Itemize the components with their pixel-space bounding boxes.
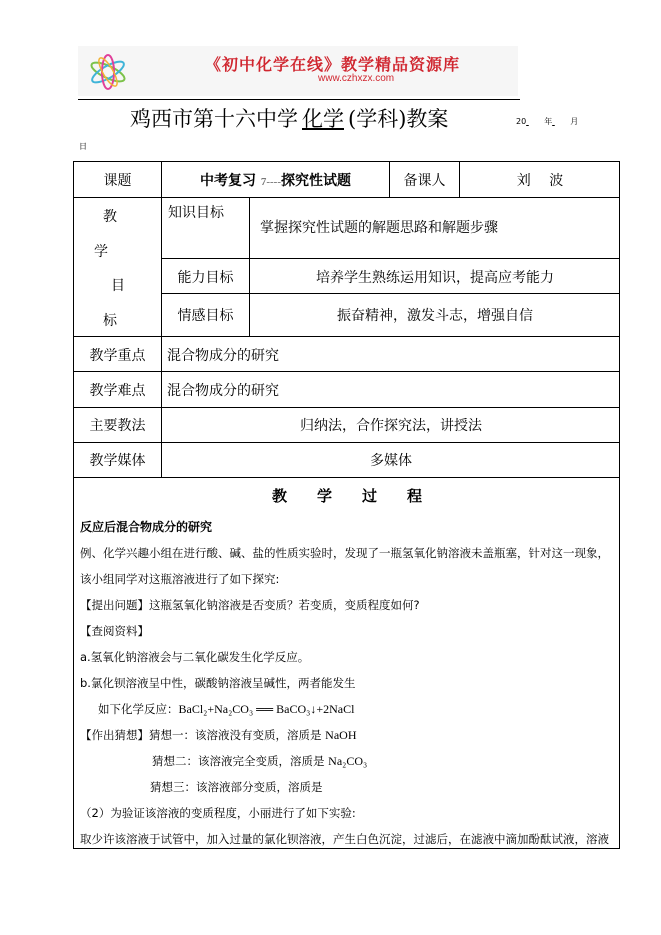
process-line: 【查阅资料】 (80, 623, 149, 639)
topic-prefix: 中考复习 (200, 173, 261, 189)
methods-label: 主要教法 (74, 415, 161, 435)
guess-formula: Na₂CO₃ (328, 754, 367, 768)
row-divider (161, 258, 249, 259)
topic-value: 中考复习 7----探究性试题 (162, 170, 389, 190)
process-line: b.氯化钡溶液呈中性，碳酸钠溶液呈碱性，两者能发生 (80, 675, 355, 691)
difficulty-value: 混合物成分的研究 (167, 380, 279, 400)
process-line: a.氢氧化钠溶液会与二氧化碳发生化学反应。 (80, 649, 309, 665)
page-title: 鸡西市第十六中学化学(学科)教案 (130, 103, 448, 133)
topic-label: 课题 (74, 170, 161, 190)
guess-text: 猜想二：该溶液完全变质，溶质是 (152, 754, 328, 768)
preparer-label: 备课人 (390, 170, 459, 190)
methods-value: 归纳法，合作探究法，讲授法 (162, 415, 620, 435)
preparer-name: 刘 波 (460, 170, 620, 190)
row-divider (249, 258, 620, 259)
objectives-label-char: 教 (103, 206, 117, 226)
guess-formula: NaOH (325, 728, 356, 742)
subject-suffix: (学科)教案 (348, 107, 448, 131)
year-blank (526, 117, 544, 126)
objectives-label-char: 目 (111, 275, 125, 295)
atom-logo-icon (84, 52, 132, 92)
guess-line: 猜想三：该溶液部分变质，溶质是 (150, 779, 323, 795)
topic-name: 探究性试题 (281, 173, 351, 189)
process-line: 该小组同学对这瓶溶液进行了如下探究: (80, 571, 279, 587)
banner-title: 《初中化学在线》教学精品资源库 (205, 52, 460, 75)
objectives-label-char: 标 (103, 310, 117, 330)
process-line: 例、化学兴趣小组在进行酸、碱、盐的性质实验时，发现了一瓶氢氧化钠溶液未盖瓶塞，针… (80, 545, 609, 561)
year-label: 年 (544, 117, 552, 126)
section-title: 反应后混合物成分的研究 (80, 518, 212, 535)
media-value: 多媒体 (162, 450, 620, 470)
topic-number: 7---- (261, 176, 281, 188)
guess-line: 【作出猜想】猜想一：该溶液没有变质，溶质是 NaOH (80, 727, 356, 743)
guess-text: 猜想三：该溶液部分变质，溶质是 (150, 780, 323, 794)
process-heading: 教 学 过 程 (74, 485, 620, 506)
day-label: 日 (79, 141, 87, 152)
process-line: 【提出问题】这瓶氢氧化钠溶液是否变质？若变质，变质程度如何? (80, 597, 420, 613)
row-divider (74, 477, 620, 478)
row-divider (74, 371, 620, 372)
date-line: 20 年 月 (516, 116, 578, 127)
guess-line: 猜想二：该溶液完全变质，溶质是 Na₂CO₃ (152, 753, 367, 769)
school-name: 鸡西市第十六中学 (130, 107, 298, 131)
row-divider (74, 442, 620, 443)
objectives-label-char: 学 (94, 241, 108, 261)
subject-name: 化学 (298, 103, 348, 133)
step2-line: （2）为验证该溶液的变质程度，小丽进行了如下实验: (80, 805, 356, 821)
difficulty-label: 教学难点 (74, 380, 161, 400)
lesson-plan-table: 课题 中考复习 7----探究性试题 备课人 刘 波 教 学 目 标 知识目标 … (73, 161, 620, 849)
guess-text: 猜想一：该溶液没有变质，溶质是 (149, 728, 325, 742)
banner-url: www.czhxzx.com (318, 73, 394, 84)
emotion-goal-value: 振奋精神，激发斗志，增强自信 (250, 305, 620, 325)
row-divider (74, 407, 620, 408)
date-prefix: 20 (516, 117, 526, 126)
key-point-label: 教学重点 (74, 345, 161, 365)
step2-detail: 取少许该溶液于试管中，加入过量的氯化钡溶液，产生白色沉淀，过滤后，在滤液中滴加酚… (80, 831, 609, 847)
row-divider (161, 293, 620, 294)
reaction-prefix: 如下化学反应： (98, 702, 179, 716)
media-label: 教学媒体 (74, 450, 161, 470)
month-blank (552, 117, 570, 126)
emotion-goal-label: 情感目标 (162, 305, 249, 325)
reaction-line: 如下化学反应：BaCl₂+Na₂CO₃ ══ BaCO₃↓+2NaCl (98, 701, 354, 717)
guess-tag: 【作出猜想】 (80, 728, 149, 742)
ability-goal-label: 能力目标 (162, 267, 249, 287)
header-rule (78, 99, 520, 100)
key-point-value: 混合物成分的研究 (167, 345, 279, 365)
knowledge-goal-label: 知识目标 (168, 202, 224, 222)
reaction-equation: BaCl₂+Na₂CO₃ ══ BaCO₃↓+2NaCl (179, 702, 355, 716)
ability-goal-value: 培养学生熟练运用知识，提高应考能力 (250, 267, 620, 287)
row-divider (74, 336, 620, 337)
knowledge-goal-value: 掌握探究性试题的解题思路和解题步骤 (260, 217, 498, 237)
row-divider (74, 197, 620, 198)
month-label: 月 (570, 117, 578, 126)
